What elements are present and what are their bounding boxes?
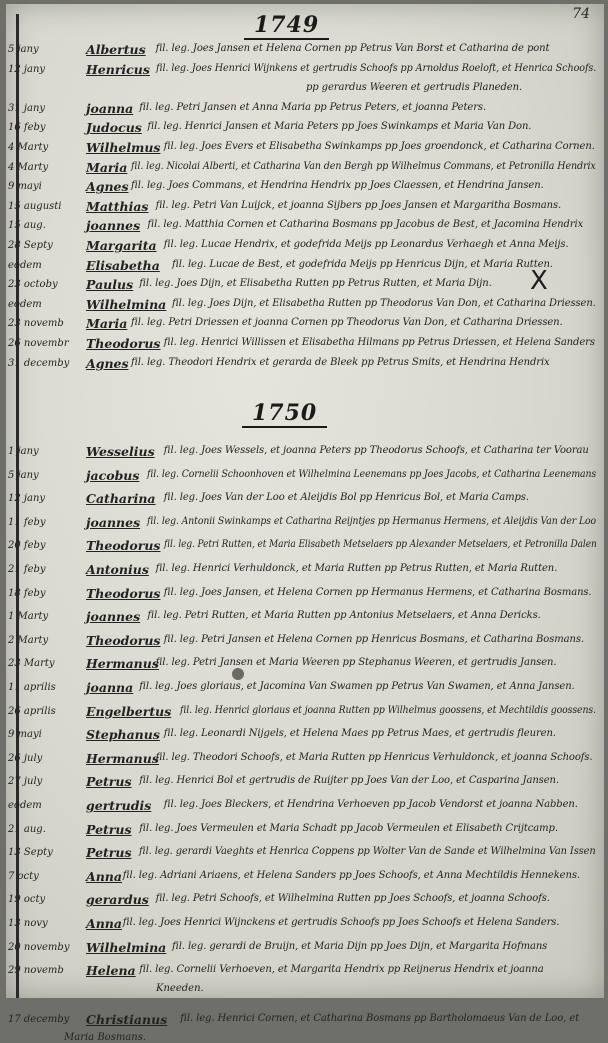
register-entry: 19 octygerardusfil. leg. Petri Schoofs, … [6,890,604,914]
entry-date: 4 Marty [8,162,66,173]
baptized-name: Wilhelmina [86,297,166,312]
entry-parents-godparents: fil. leg. Henrici gloriaus et joanna Rut… [180,705,596,716]
entry-date: 5 jany [8,470,66,481]
entry-parents-godparents: fil. leg. Joes Henrici Wijnckens et gert… [123,917,560,928]
register-entry: 11 febyjoannesfil. leg. Antonii Swinkamp… [6,513,604,537]
register-entry: 18 febyTheodorusfil. leg. Joes Jansen, e… [6,584,604,608]
folio-number: 74 [572,6,590,22]
entry-date: 11 aprilis [8,682,66,693]
entry-date: 16 feby [8,122,66,133]
baptized-name: Elisabetha [86,258,160,273]
entry-parents-godparents: fil. leg. Cornelii Schoonhoven et Wilhel… [147,469,596,480]
baptized-name: Maria [86,316,127,331]
entry-parents-godparents: fil. leg. Leonardi Nijgels, et Helena Ma… [164,728,556,739]
baptized-name: Agnes [86,356,129,371]
baptized-name: joannes [86,218,140,233]
baptized-name: Matthias [86,199,148,214]
entry-parents-godparents: fil. leg. Petri Jansen et Maria Weeren p… [156,657,557,668]
entry-parents-godparents: fil. leg. Joes Evers et Elisabetha Swink… [164,141,595,152]
entry-date: 31 jany [8,103,66,114]
baptized-name: Agnes [86,179,129,194]
baptized-name: Theodorus [86,336,160,351]
entry-parents-godparents: fil. leg. gerardi de Bruijn, et Maria Di… [172,941,547,952]
register-entry: 26 julyHermanusfil. leg. Theodori Schoof… [6,749,604,773]
entry-parents-godparents: fil. leg. Petri Jansen et Anna Maria pp … [139,102,486,113]
entry-parents-godparents: fil. leg. Joes Commans, et Hendrina Hend… [131,180,544,191]
entry-parents-godparents: fil. leg. Lucae de Best, et godefrida Me… [172,259,553,270]
baptized-name: Henricus [86,62,150,77]
entry-parents-godparents: fil. leg. Nicolai Alberti, et Catharina … [131,161,596,172]
baptized-name: Paulus [86,277,133,292]
entry-parents-godparents: fil. leg. Henrici Willissen et Elisabeth… [164,337,595,348]
baptized-name: jacobus [86,468,139,483]
entry-parents-godparents: fil. leg. Petri Jansen et Helena Cornen … [164,634,584,645]
entry-date: 21 feby [8,564,66,575]
baptized-name: Petrus [86,845,132,860]
register-entry: 1 janyWesseliusfil. leg. Joes Wessels, e… [6,442,604,466]
entry-parents-godparents: fil. leg. Joes Dijn, et Elisabetha Rutte… [172,298,596,309]
entry-date: 23 novemb [8,318,66,329]
baptized-name: Maria [86,160,127,175]
baptized-name: Judocus [86,120,142,135]
entry-date: 19 octy [8,894,66,905]
entry-date: 9 mayi [8,181,66,192]
entry-date: eodem [8,299,66,310]
ink-blot [232,668,244,680]
entry-parents-godparents: fil. leg. Joes gloriaus, et Jacomina Van… [139,681,574,692]
entry-date: 20 feby [8,540,66,551]
entry-date: 13 Septy [8,847,66,858]
entry-parents-godparents: fil. leg. Joes Vermeulen et Maria Schadt… [139,823,558,834]
register-entry: eodemgertrudisfil. leg. Joes Bleckers, e… [6,796,604,820]
register-entry: 13 novyAnnafil. leg. Joes Henrici Wijnck… [6,914,604,938]
entry-date: 27 july [8,776,66,787]
register-entry: 1 Martyjoannesfil. leg. Petri Rutten, et… [6,607,604,631]
entry-parents-godparents: fil. leg. Petri Schoofs, et Wilhelmina R… [156,893,550,904]
register-entry: 7 octyAnnafil. leg. Adriani Ariaens, et … [6,867,604,891]
register-entry: 5 janyjacobusfil. leg. Cornelii Schoonho… [6,466,604,490]
baptized-name: Catharina [86,491,156,506]
entry-parents-godparents: fil. leg. Joes Dijn, et Elisabetha Rutte… [139,278,492,289]
entry-parents-godparents: fil. leg. Henrici Jansen et Maria Peters… [147,121,531,132]
entry-parents-godparents: fil. leg. Joes Henrici Wijnkens et gertr… [156,63,596,74]
entry-parents-godparents: fil. leg. Petri Driessen et joanna Corne… [131,317,563,328]
register-page: 74 1749 5 janyAlbertusfil. leg. Joes Jan… [6,4,604,998]
entry-date: 26 july [8,753,66,764]
entry-date: 20 novemby [8,942,66,953]
entry-date: 15 augusti [8,201,66,212]
entry-parents-godparents: fil. leg. Petri Rutten, et Maria Rutten … [147,610,540,621]
baptized-name: joanna [86,101,133,116]
entry-date: 4 Marty [8,142,66,153]
register-entry: 12 janyCatharinafil. leg. Joes Van der L… [6,489,604,513]
entry-date: 21 aug. [8,824,66,835]
entry-date: 28 Septy [8,240,66,251]
entry-parents-godparents: pp gerardus Weeren et gertrudis Planeden… [306,82,522,93]
entry-date: eodem [8,260,66,271]
register-entry: 11 aprilisjoannafil. leg. Joes gloriaus,… [6,678,604,702]
entry-date: 12 jany [8,64,66,75]
baptized-name: Petrus [86,822,132,837]
entry-parents-godparents: fil. leg. Theodori Schoofs, et Maria Rut… [156,752,593,763]
register-entry: 21 febyAntoniusfil. leg. Henrici Verhuld… [6,560,604,584]
entry-date: 2 Marty [8,635,66,646]
baptized-name: Theodorus [86,586,160,601]
entry-parents-godparents: fil. leg. Henrici Bol et gertrudis de Ru… [139,775,559,786]
baptized-name: Margarita [86,238,157,253]
entry-date: 29 novemb [8,965,66,976]
entry-parents-godparents: fil. leg. Cornelii Verhoeven, et Margari… [139,964,543,975]
entry-continuation: Kneeden. [156,983,204,994]
register-entry: 27 julyPetrusfil. leg. Henrici Bol et ge… [6,772,604,796]
entry-date: 1 jany [8,446,66,457]
entry-date: 9 mayi [8,729,66,740]
baptized-name: joannes [86,515,140,530]
entry-date: 26 aprilis [8,706,66,717]
year-heading-1749: 1749 [254,12,319,38]
baptized-name: Anna [86,869,122,884]
baptized-name: Hermanus [86,751,159,766]
baptized-name: joannes [86,609,140,624]
baptized-name: Antonius [86,562,149,577]
register-entry: 23 MartyHermanusfil. leg. Petri Jansen e… [6,654,604,678]
baptized-name: Theodorus [86,538,160,553]
entry-parents-godparents: fil. leg. Henrici Verhuldonck, et Maria … [156,563,558,574]
entry-date: 12 jany [8,493,66,504]
entry-date: 1 Marty [8,611,66,622]
baptized-name: Petrus [86,774,132,789]
entry-parents-godparents: fil. leg. gerardi Vaeghts et Henrica Cop… [139,846,596,857]
baptized-name: Albertus [86,42,146,57]
entry-parents-godparents: fil. leg. Joes Bleckers, et Hendrina Ver… [164,799,578,810]
register-entry: 20 novembyWilhelminafil. leg. gerardi de… [6,938,604,962]
entry-date: 23 Marty [8,658,66,669]
year-heading-1750: 1750 [252,400,317,426]
entry-parents-godparents: fil. leg. Lucae Hendrix, et godefrida Me… [164,239,569,250]
entry-date: 26 novembr [8,338,66,349]
entry-parents-godparents: fil. leg. Joes Jansen et Helena Cornen p… [156,43,550,54]
baptized-name: Stephanus [86,727,160,742]
baptized-name: Wilhelmina [86,940,166,955]
register-entry: 9 mayiStephanusfil. leg. Leonardi Nijgel… [6,725,604,749]
register-entry: 13 SeptyPetrusfil. leg. gerardi Vaeghts … [6,843,604,867]
entry-date: 11 feby [8,517,66,528]
baptized-name: gertrudis [86,798,151,813]
baptized-name: Anna [86,916,122,931]
entry-date: eodem [8,800,66,811]
register-entry: 26 aprilisEngelbertusfil. leg. Henrici g… [6,702,604,726]
entry-parents-godparents: fil. leg. Joes Jansen, et Helena Cornen … [164,587,592,598]
baptized-name: Engelbertus [86,704,171,719]
baptized-name: Helena [86,963,136,978]
entry-date: 5 jany [8,44,66,55]
entry-parents-godparents: fil. leg. Antonii Swinkamps et Catharina… [147,516,596,527]
baptized-name: Hermanus [86,656,159,671]
entry-date: 15 aug. [8,220,66,231]
entry-parents-godparents: fil. leg. Petri Van Luijck, et joanna Si… [156,200,562,211]
entry-parents-godparents: fil. leg. Petri Rutten, et Maria Elisabe… [164,539,597,550]
baptized-name: Wilhelmus [86,140,160,155]
entry-date: 23 octoby [8,279,66,290]
register-entry: 29 novembHelenafil. leg. Cornelii Verhoe… [6,961,604,985]
register-entry: 2 MartyTheodorusfil. leg. Petri Jansen e… [6,631,604,655]
entry-parents-godparents: fil. leg. Matthia Cornen et Catharina Bo… [147,219,583,230]
margin-cross-mark: X [530,266,548,296]
register-entry: 31 decembyAgnesfil. leg. Theodori Hendri… [6,354,604,378]
entry-date: 7 octy [8,871,66,882]
baptized-name: joanna [86,680,133,695]
register-entry: 20 febyTheodorusfil. leg. Petri Rutten, … [6,536,604,560]
baptized-name: gerardus [86,892,149,907]
baptized-name: Wesselius [86,444,155,459]
entry-parents-godparents: fil. leg. Joes Van der Loo et Aleijdis B… [164,492,529,503]
entry-parents-godparents: fil. leg. Theodori Hendrix et gerarda de… [131,357,550,368]
register-entry: 21 aug.Petrusfil. leg. Joes Vermeulen et… [6,820,604,844]
entry-date: 13 novy [8,918,66,929]
entry-parents-godparents: fil. leg. Joes Wessels, et joanna Peters… [164,445,589,456]
baptized-name: Theodorus [86,633,160,648]
entry-parents-godparents: fil. leg. Adriani Ariaens, et Helena San… [123,870,580,881]
entry-date: 31 decemby [8,358,66,369]
entry-date: 18 feby [8,588,66,599]
